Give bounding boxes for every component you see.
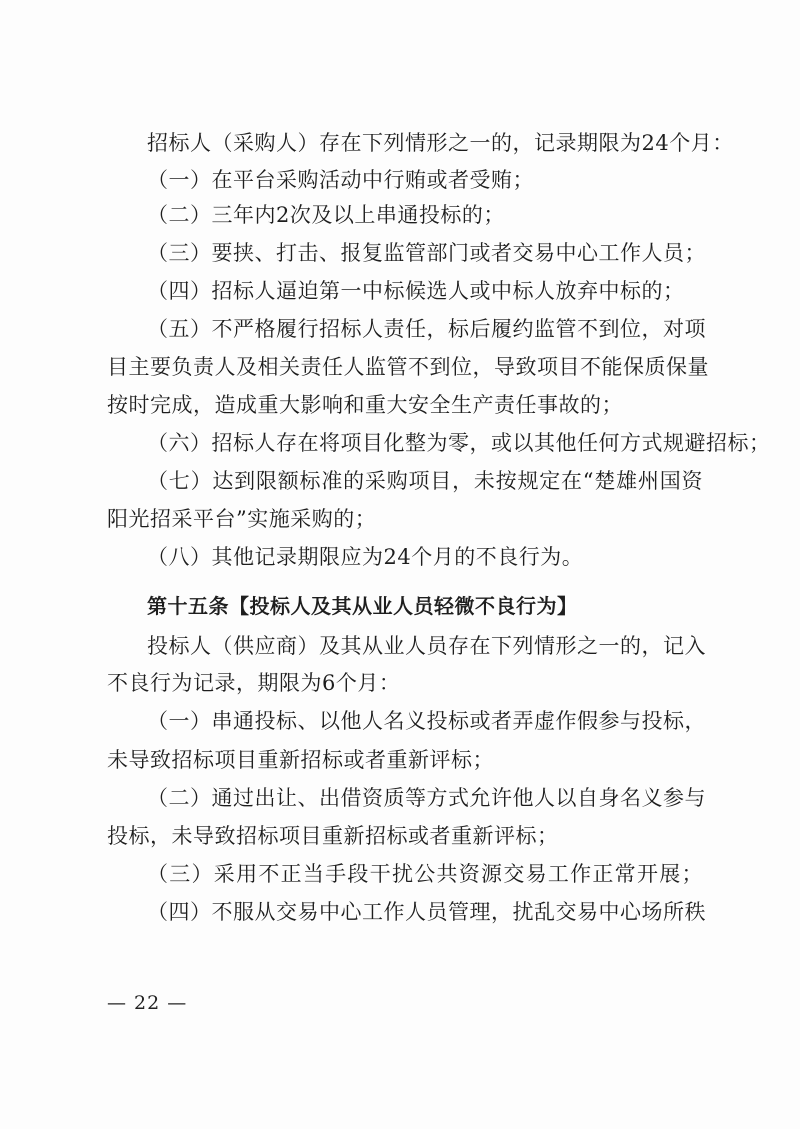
list-item: （六）招标人存在将项目化整为零，或以其他任何方式规避招标； [147,428,703,458]
list-item: （二）通过出让、出借资质等方式允许他人以自身名义参与 [147,783,703,813]
list-item: （一）串通投标、以他人名义投标或者弄虚作假参与投标， [147,706,703,736]
page-number: — 22 — [107,992,187,1014]
document-page: 招标人（采购人）存在下列情形之一的，记录期限为24个月： （一）在平台采购活动中… [0,0,800,1129]
list-item: （五）不严格履行招标人责任，标后履约监管不到位，对项 [147,314,703,344]
paragraph-line: 投标人（供应商）及其从业人员存在下列情形之一的，记入 [147,631,703,661]
list-item: （四）招标人逼迫第一中标候选人或中标人放弃中标的； [147,276,703,306]
paragraph-line: 投标，未导致招标项目重新招标或者重新评标； [107,821,703,851]
paragraph-line: 按时完成，造成重大影响和重大安全生产责任事故的； [107,390,703,420]
list-item: （三）要挟、打击、报复监管部门或者交易中心工作人员； [147,238,703,268]
list-item: （三）采用不正当手段干扰公共资源交易工作正常开展； [147,859,703,889]
list-item: （八）其他记录期限应为24个月的不良行为。 [147,542,703,572]
article-heading: 第十五条【投标人及其从业人员轻微不良行为】 [147,591,703,621]
list-item: （七）达到限额标准的采购项目，未按规定在“楚雄州国资 [147,466,703,496]
list-item: （四）不服从交易中心工作人员管理，扰乱交易中心场所秩 [147,897,703,927]
list-item: （一）在平台采购活动中行贿或者受贿； [147,165,703,195]
paragraph-line: 不良行为记录，期限为6个月： [107,668,703,698]
list-item: （二）三年内2次及以上串通投标的； [147,200,703,230]
paragraph-line: 未导致招标项目重新招标或者重新评标； [107,745,703,775]
paragraph-line: 阳光招采平台”实施采购的； [107,504,703,534]
paragraph-line: 目主要负责人及相关责任人监管不到位，导致项目不能保质保量 [107,352,703,382]
paragraph-line: 招标人（采购人）存在下列情形之一的，记录期限为24个月： [147,128,703,158]
